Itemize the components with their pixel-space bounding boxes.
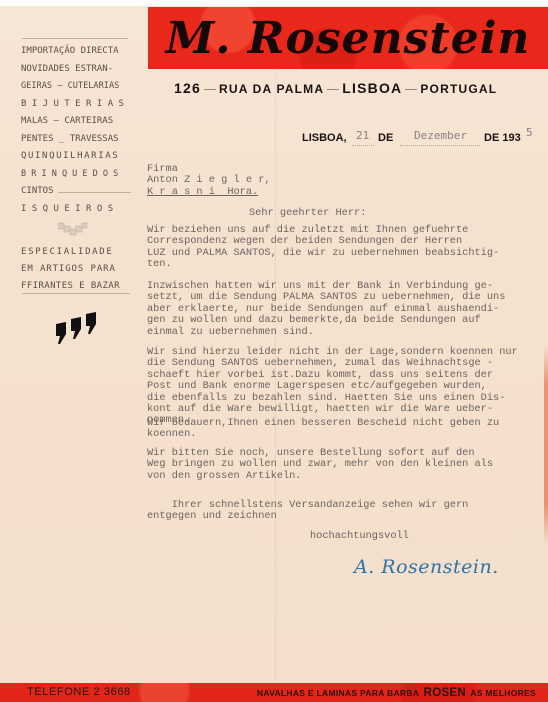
recipient-address: FirmaAnton Z i e g l e r,K r a s n i Hor… bbox=[147, 164, 271, 198]
signature: A. Rosenstein. bbox=[354, 556, 499, 578]
footer-phone: TELEFONE 2 3668 bbox=[27, 686, 131, 698]
specialty-line: EM ARTIGOS PARA bbox=[21, 261, 131, 278]
dateline: LISBOA, 21 DE Dezember DE 193 5 bbox=[302, 132, 548, 148]
address-separator bbox=[327, 89, 339, 90]
footer-ad-suffix: AS MELHORES bbox=[470, 688, 536, 698]
sidebar-line: B I J U T E R I A S bbox=[21, 96, 131, 114]
company-name: M. Rosenstein bbox=[148, 7, 548, 69]
date-month-dots bbox=[400, 145, 480, 146]
footer-ad-prefix: NAVALHAS E LAMINAS PARA BARBA bbox=[257, 688, 419, 698]
footer-band: TELEFONE 2 3668 NAVALHAS E LAMINAS PARA … bbox=[0, 683, 548, 702]
date-month: Dezember bbox=[414, 129, 467, 142]
recipient-line-place: K r a s n i Hora. bbox=[147, 187, 271, 198]
date-year-label: DE 193 bbox=[484, 132, 521, 144]
edge-stain bbox=[544, 345, 548, 545]
letter-paragraph: Wir beziehen uns auf die zuletzt mit Ihn… bbox=[147, 225, 499, 271]
sidebar-product-list: IMPORTAÇÃO DIRECTA NOVIDADES ESTRAN- GEI… bbox=[21, 43, 131, 218]
date-de-label: DE bbox=[378, 132, 393, 144]
triple-quote-logo-icon bbox=[54, 312, 100, 346]
letterhead-address: 126Rua da PalmaLISBOAPortugal bbox=[174, 80, 548, 96]
sidebar-line: PENTES _ TRAVESSAS bbox=[21, 131, 131, 149]
sidebar-line: B R I N Q U E D O S bbox=[21, 166, 131, 184]
address-separator bbox=[204, 89, 216, 90]
footer-ad-brand: ROSEN bbox=[424, 687, 466, 699]
specialty-line: ESPECIALIDADE bbox=[21, 244, 131, 261]
date-year-digit: 5 bbox=[526, 126, 533, 139]
date-day-dots bbox=[352, 145, 374, 146]
sidebar-line: NOVIDADES ESTRAN- bbox=[21, 61, 131, 79]
address-city: LISBOA bbox=[342, 80, 402, 96]
letter-paragraph: Inzwischen hatten wir uns mit der Bank i… bbox=[147, 281, 505, 338]
specialty-rule bbox=[22, 293, 130, 294]
address-number: 126 bbox=[174, 80, 201, 96]
sidebar-top-rule bbox=[22, 38, 128, 39]
sidebar-line: I S Q U E I R O S bbox=[21, 201, 131, 219]
letter-paragraph: Ihrer schnellstens Versandanzeige sehen … bbox=[147, 500, 468, 523]
ornament-icon bbox=[58, 222, 88, 236]
sidebar-line: IMPORTAÇÃO DIRECTA bbox=[21, 43, 131, 61]
specialty-block: ESPECIALIDADE EM ARTIGOS PARA FFIRANTES … bbox=[21, 244, 131, 295]
sidebar-line: QUINQUILHARIAS bbox=[21, 148, 131, 166]
letter-paragraph: Wir sind hierzu leider nicht in der Lage… bbox=[147, 347, 518, 427]
address-street: Rua da Palma bbox=[219, 82, 324, 96]
footer-advert: NAVALHAS E LAMINAS PARA BARBA ROSEN AS M… bbox=[257, 687, 536, 699]
date-place-label: LISBOA, bbox=[302, 132, 347, 144]
sidebar-cintos-rule bbox=[58, 192, 131, 193]
sidebar-line: CINTOS bbox=[21, 183, 131, 201]
address-separator bbox=[405, 89, 417, 90]
letter-paragraph: Wir bedauern,Ihnen einen besseren Besche… bbox=[147, 418, 499, 441]
date-day: 21 bbox=[356, 129, 369, 142]
salutation: Sehr geehrter Herr: bbox=[249, 208, 366, 219]
sidebar-line: MALAS — CARTEIRAS bbox=[21, 113, 131, 131]
letter-paragraph: Wir bitten Sie noch, unsere Bestellung s… bbox=[147, 448, 493, 482]
letterhead-banner: M. Rosenstein bbox=[148, 7, 548, 69]
sidebar-line: GEIRAS — CUTELARIAS bbox=[21, 78, 131, 96]
closing: hochachtungsvoll bbox=[310, 531, 409, 542]
address-country: Portugal bbox=[420, 82, 497, 96]
